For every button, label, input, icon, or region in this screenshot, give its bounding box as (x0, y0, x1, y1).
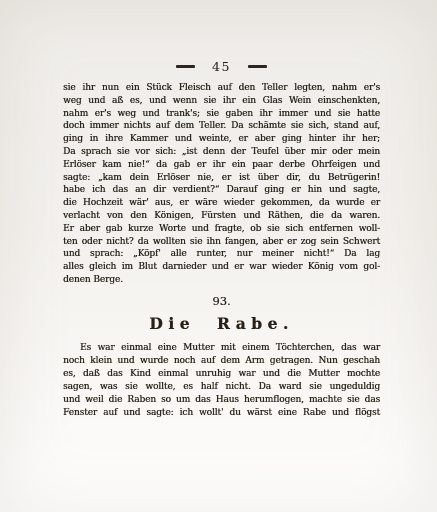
text-line: ten oder nicht? da wollten sie ihn fange… (63, 236, 380, 249)
section-number: 93. (63, 294, 380, 308)
text-line: noch klein und wurde noch auf dem Arm ge… (63, 355, 380, 368)
text-line: Es war einmal eine Mutter mit einem Töch… (63, 342, 380, 355)
text-line: sagen, was sie wollte, es half nicht. Da… (63, 381, 380, 394)
text-line: Er aber gab kurze Worte und fragte, ob s… (63, 223, 380, 236)
page-header: 45 (63, 59, 380, 74)
text-line: es, daß das Kind einmal unruhig war und … (63, 368, 380, 381)
text-line: sagte: „kam dein Erlöser nie, er ist übe… (63, 172, 380, 185)
story-title: Die Rabe. (63, 314, 380, 333)
text-line: verlacht von den Königen, Fürsten und Rä… (63, 210, 380, 223)
text-line: alles gleich im Blut darnieder und er wa… (63, 261, 380, 274)
text-line: Erlöser kam nie!“ da gab er ihr ein paar… (63, 159, 380, 172)
text-line: ging in ihre Kammer und weinte, er aber … (63, 133, 380, 146)
text-line: weg und aß es, und wenn sie ihr ein Glas… (63, 95, 380, 108)
text-line: und sprach: „Köpf' alle runter, nur mein… (63, 248, 380, 261)
text-line: habe ich das an dir verdient?“ Darauf gi… (63, 184, 380, 197)
text-line: nahm er's weg und trank's; sie gaben ihr… (63, 108, 380, 121)
text-line: denen Berge. (63, 274, 380, 287)
header-dash-right (248, 65, 267, 67)
paragraph-story-begin: Es war einmal eine Mutter mit einem Töch… (63, 342, 380, 420)
header-dash-left (176, 65, 195, 67)
text-line: Fenster auf und sagte: ich wollt' du wär… (63, 407, 380, 420)
text-line: Da sprach sie vor sich: „ist denn der Te… (63, 146, 380, 159)
paragraph-story-end: sie ihr nun ein Stück Fleisch auf den Te… (63, 82, 380, 287)
text-line: die Hochzeit wär' aus, er wäre wieder ge… (63, 197, 380, 210)
text-line: doch immer nichts auf dem Teller. Da sch… (63, 120, 380, 133)
page-number: 45 (212, 59, 231, 74)
book-page: 45 sie ihr nun ein Stück Fleisch auf den… (0, 0, 437, 512)
text-line: sie ihr nun ein Stück Fleisch auf den Te… (63, 82, 380, 95)
text-line: und weil die Raben so um das Haus herumf… (63, 394, 380, 407)
